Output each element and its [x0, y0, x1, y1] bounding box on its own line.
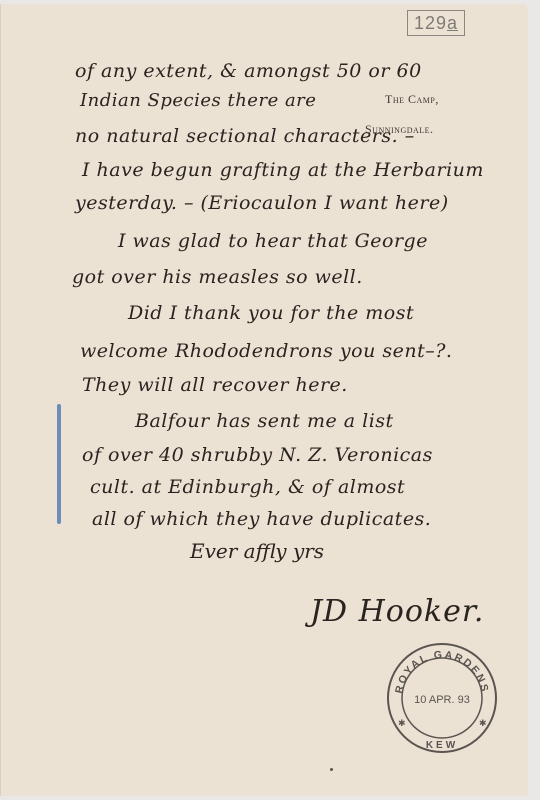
folio-number: 129a — [407, 10, 465, 36]
svg-text:✱: ✱ — [479, 718, 487, 728]
paper-speck — [330, 768, 333, 771]
signature: JD Hooker. — [310, 594, 484, 629]
folio-suffix: a — [447, 13, 458, 33]
body-line: of over 40 shrubby N. Z. Veronicas — [82, 444, 433, 466]
body-line: I have begun grafting at the Herbarium — [82, 159, 484, 181]
body-line: Did I thank you for the most — [128, 302, 414, 324]
body-line: yesterday. – (Eriocaulon I want here) — [75, 192, 449, 214]
kew-stamp-icon: ROYAL GARDENS 10 APR. 93 KEW ✱ ✱ — [384, 640, 500, 756]
margin-mark — [57, 404, 61, 524]
body-line: got over his measles so well. — [72, 266, 363, 288]
body-line: Indian Species there are — [80, 90, 316, 111]
body-line: They will all recover here. — [82, 374, 348, 396]
svg-text:KEW: KEW — [426, 740, 458, 751]
closing: Ever affly yrs — [190, 539, 324, 563]
body-line: welcome Rhododendrons you sent–?. — [80, 340, 452, 362]
body-line: of any extent, & amongst 50 or 60 — [75, 60, 422, 82]
body-line: cult. at Edinburgh, & of almost — [90, 476, 405, 498]
body-line: no natural sectional characters. – — [75, 125, 415, 147]
letter-page: 129a The Camp, Sunningdale. of any exten… — [0, 4, 528, 796]
svg-text:✱: ✱ — [398, 718, 406, 728]
svg-text:10 APR. 93: 10 APR. 93 — [414, 694, 470, 706]
body-line: Balfour has sent me a list — [135, 410, 394, 432]
letterhead-line-1: The Camp, — [385, 92, 439, 107]
body-line: I was glad to hear that George — [118, 230, 428, 252]
body-line: all of which they have duplicates. — [92, 508, 431, 530]
folio-digits: 129 — [414, 13, 447, 33]
